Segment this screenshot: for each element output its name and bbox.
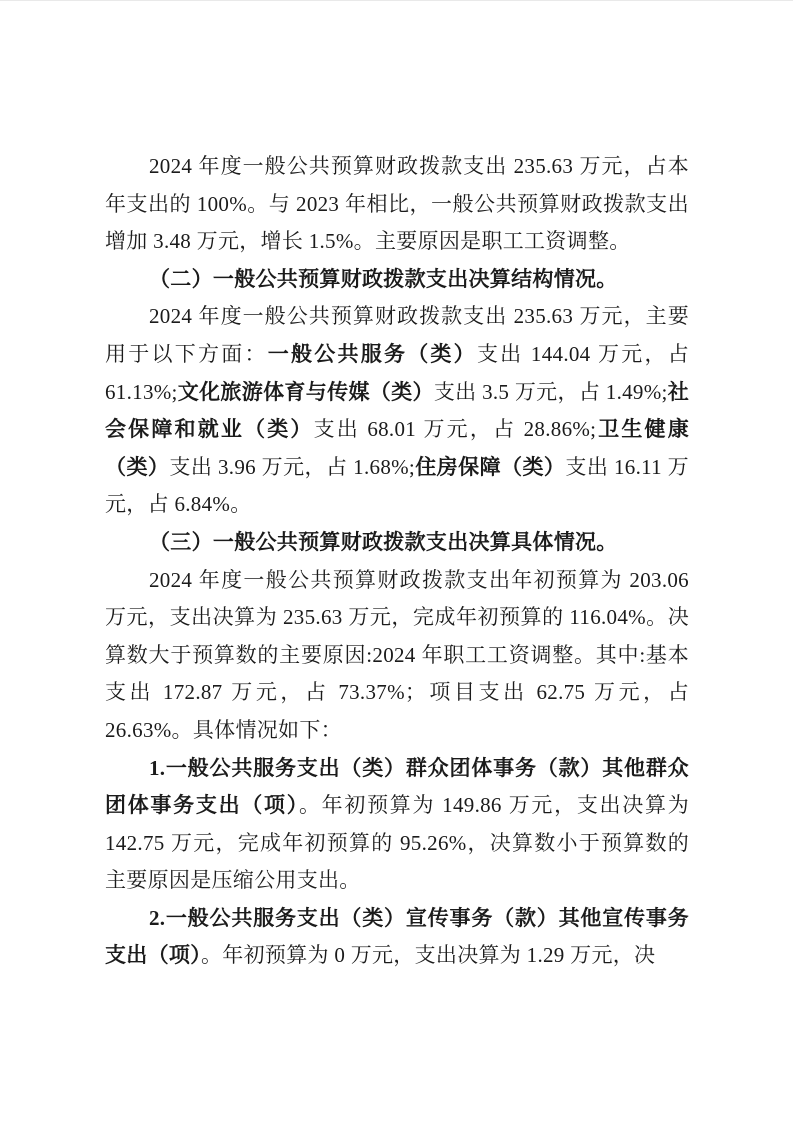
heading-section-2: （二）一般公共预算财政拨款支出决算结构情况。: [105, 261, 689, 299]
paragraph-structure-breakdown: 2024 年度一般公共预算财政拨款支出 235.63 万元，主要用于以下方面：一…: [105, 298, 689, 524]
category-culture-tourism-sports-media: 文化旅游体育与传媒（类）: [178, 380, 434, 404]
paragraph-item-1: 1.一般公共服务支出（类）群众团体事务（款）其他群众团体事务支出（项）。年初预算…: [105, 750, 689, 900]
heading-section-3: （三）一般公共预算财政拨款支出决算具体情况。: [105, 524, 689, 562]
text-run: 。年初预算为 0 万元，支出决算为 1.29 万元，决: [201, 943, 655, 967]
text-run: 2024 年度一般公共预算财政拨款支出年初预算为 203.06 万元，支出决算为…: [105, 568, 689, 742]
text-run: 2024 年度一般公共预算财政拨款支出 235.63 万元，占本年支出的 100…: [105, 154, 689, 253]
text-run: 支出 68.01 万元，占 28.86%;: [314, 417, 597, 441]
document-page: 2024 年度一般公共预算财政拨款支出 235.63 万元，占本年支出的 100…: [0, 0, 793, 1122]
paragraph-budget-vs-final: 2024 年度一般公共预算财政拨款支出年初预算为 203.06 万元，支出决算为…: [105, 562, 689, 750]
heading-text: （二）一般公共预算财政拨款支出决算结构情况。: [149, 267, 618, 291]
category-general-public-services: 一般公共服务（类）: [268, 342, 477, 366]
paragraph-budget-overview: 2024 年度一般公共预算财政拨款支出 235.63 万元，占本年支出的 100…: [105, 148, 689, 261]
page-top-edge-line: [0, 0, 793, 1]
text-run: 支出 3.5 万元，占 1.49%;: [434, 380, 668, 404]
paragraph-item-2: 2.一般公共服务支出（类）宣传事务（款）其他宣传事务支出（项）。年初预算为 0 …: [105, 900, 689, 975]
text-run: 支出 3.96 万元，占 1.68%;: [169, 455, 415, 479]
category-housing-security: 住房保障（类）: [415, 455, 565, 479]
document-content: 2024 年度一般公共预算财政拨款支出 235.63 万元，占本年支出的 100…: [105, 148, 689, 975]
heading-text: （三）一般公共预算财政拨款支出决算具体情况。: [149, 530, 618, 554]
